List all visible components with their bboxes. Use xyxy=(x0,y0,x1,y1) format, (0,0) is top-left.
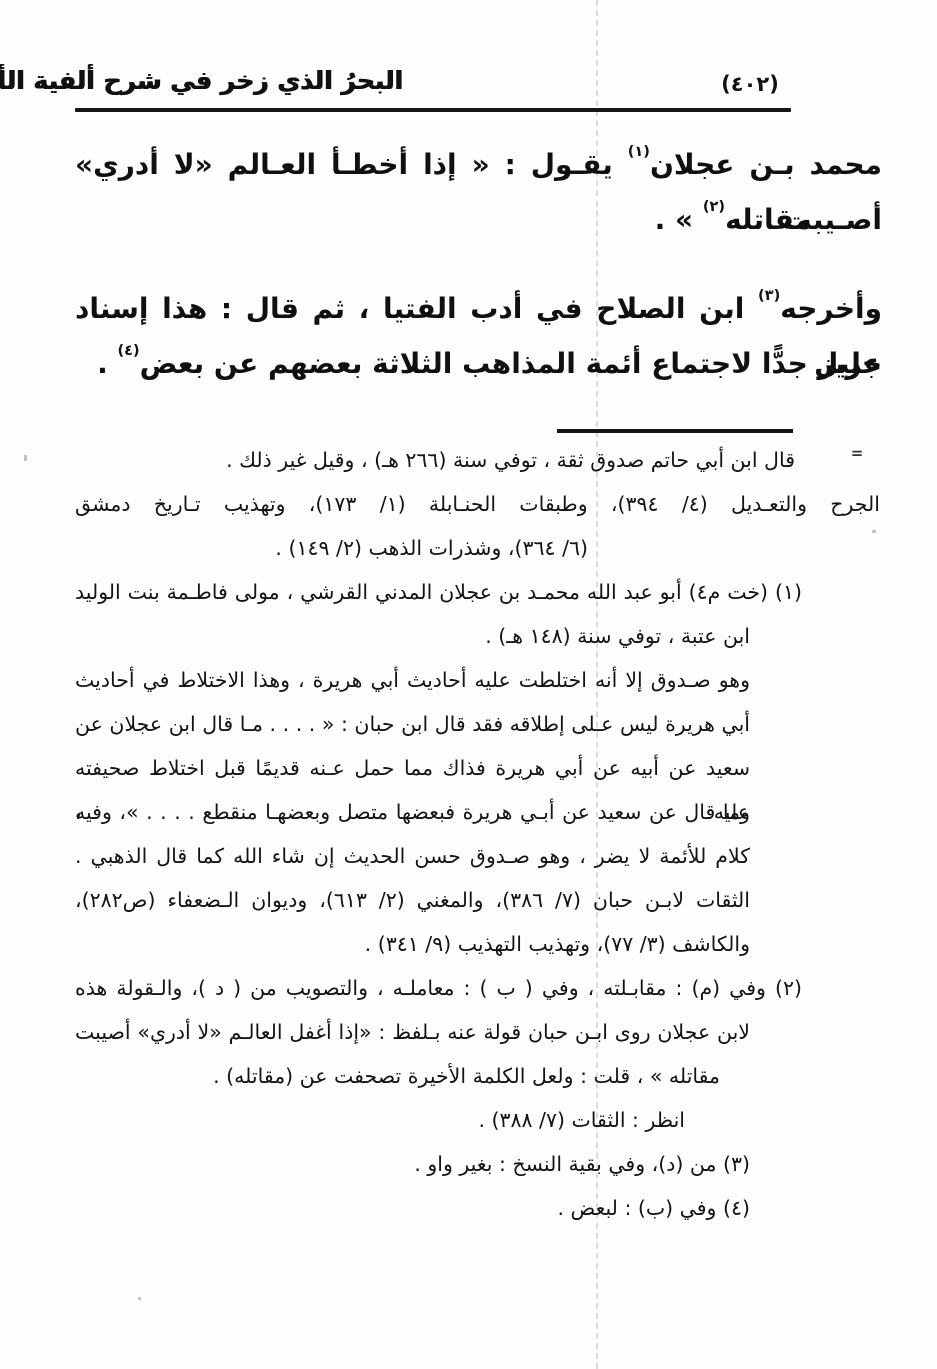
footnote-line-marker-3: (٣) من (د)، وفي بقية النسخ : بغير واو . xyxy=(75,1142,750,1186)
footnote-line: ابن عتبة ، توفي سنة (١٤٨ هـ) . xyxy=(75,614,750,658)
footnote-line: والكاشف (٣/ ٧٧)، وتهذيب التهذيب (٩/ ٣٤١)… xyxy=(75,922,750,966)
body-line-text: وأخرجه xyxy=(780,292,882,325)
scan-speck xyxy=(138,1297,141,1300)
footnote-line-marker-2: (٢) وفي (م) : مقابـلته ، وفي ( ب ) : معا… xyxy=(75,966,802,1010)
footnote-ref-4: (٤) xyxy=(117,342,139,359)
footnote-separator-rule xyxy=(557,429,793,433)
footnote-ref-1: (١) xyxy=(628,143,650,160)
footnote-line: الجرح والتعـديل (٤/ ٣٩٤)، وطبقات الحنـاب… xyxy=(75,482,880,526)
footnote-line: أبي هريرة ليس عـلى إطلاقه فقد قال ابن حب… xyxy=(75,702,750,746)
footnote-ref-2: (٢) xyxy=(703,198,725,215)
book-title: البحرُ الذي زخر في شرح ألفية الأثر xyxy=(73,66,403,95)
footnote-line: قال ابن أبي حاتم صدوق ثقة ، توفي سنة (٢٦… xyxy=(75,438,795,482)
scanned-book-page: البحرُ الذي زخر في شرح ألفية الأثر (٤٠٢)… xyxy=(0,0,937,1369)
footnote-line: وما قال عن سعيد عن أبـي هريرة فبعضها متص… xyxy=(75,790,750,834)
footnote-line: انظر : الثقات (٧/ ٣٨٨) . xyxy=(75,1098,685,1142)
footnote-line-marker-1: (١) (خت م٤) أبو عبد الله محمـد بن عجلان … xyxy=(75,570,802,614)
footnote-line-marker-4: (٤) وفي (ب) : لبعض . xyxy=(75,1186,750,1230)
scan-speck xyxy=(24,455,27,461)
footnote-line: سعيد عن أبيه عن أبي هريرة فذاك مما حمل ع… xyxy=(75,746,750,790)
body-line-text: مقاتله xyxy=(725,203,812,236)
page-number: (٤٠٢) xyxy=(710,72,790,96)
body-line: وأخرجه(٣) ابن الصلاح في أدب الفتيا ، ثم … xyxy=(75,268,882,323)
body-line-text: . xyxy=(97,347,117,380)
header-rule xyxy=(75,108,791,112)
body-line-text: محمد بـن عجلان xyxy=(650,148,882,181)
footnote-line: الثقات لابـن حبان (٧/ ٣٨٦)، والمغني (٢/ … xyxy=(75,878,750,922)
body-paragraph: وأخرجه(٣) ابن الصلاح في أدب الفتيا ، ثم … xyxy=(75,268,882,378)
body-paragraph: محمد بـن عجلان(١) يقـول : « إذا أخطـأ ال… xyxy=(75,124,882,234)
footnotes-block: قال ابن أبي حاتم صدوق ثقة ، توفي سنة (٢٦… xyxy=(75,438,880,1230)
footnote-line: وهو صـدوق إلا أنه اختلطت عليه أحاديث أبي… xyxy=(75,658,750,702)
footnote-ref-3: (٣) xyxy=(758,287,780,304)
footnote-line: كلام للأئمة لا يضر ، وهو صـدوق حسن الحدي… xyxy=(75,834,750,878)
body-line-text: » . xyxy=(655,203,703,236)
footnote-line: لابن عجلان روى ابـن حبان قولة عنه بـلفظ … xyxy=(75,1010,750,1054)
body-line-text: عزيز جدًّا لاجتماع أئمة المذاهب الثلاثة … xyxy=(140,347,882,380)
footnote-line: مقاتله » ، قلت : ولعل الكلمة الأخيرة تصح… xyxy=(75,1054,720,1098)
body-line: عزيز جدًّا لاجتماع أئمة المذاهب الثلاثة … xyxy=(75,323,882,378)
body-text: محمد بـن عجلان(١) يقـول : « إذا أخطـأ ال… xyxy=(75,124,882,378)
body-line: مقاتله(٢) » . xyxy=(75,179,812,234)
body-line: محمد بـن عجلان(١) يقـول : « إذا أخطـأ ال… xyxy=(75,124,882,179)
footnote-line: (٦/ ٣٦٤)، وشذرات الذهب (٢/ ١٤٩) . xyxy=(75,526,588,570)
